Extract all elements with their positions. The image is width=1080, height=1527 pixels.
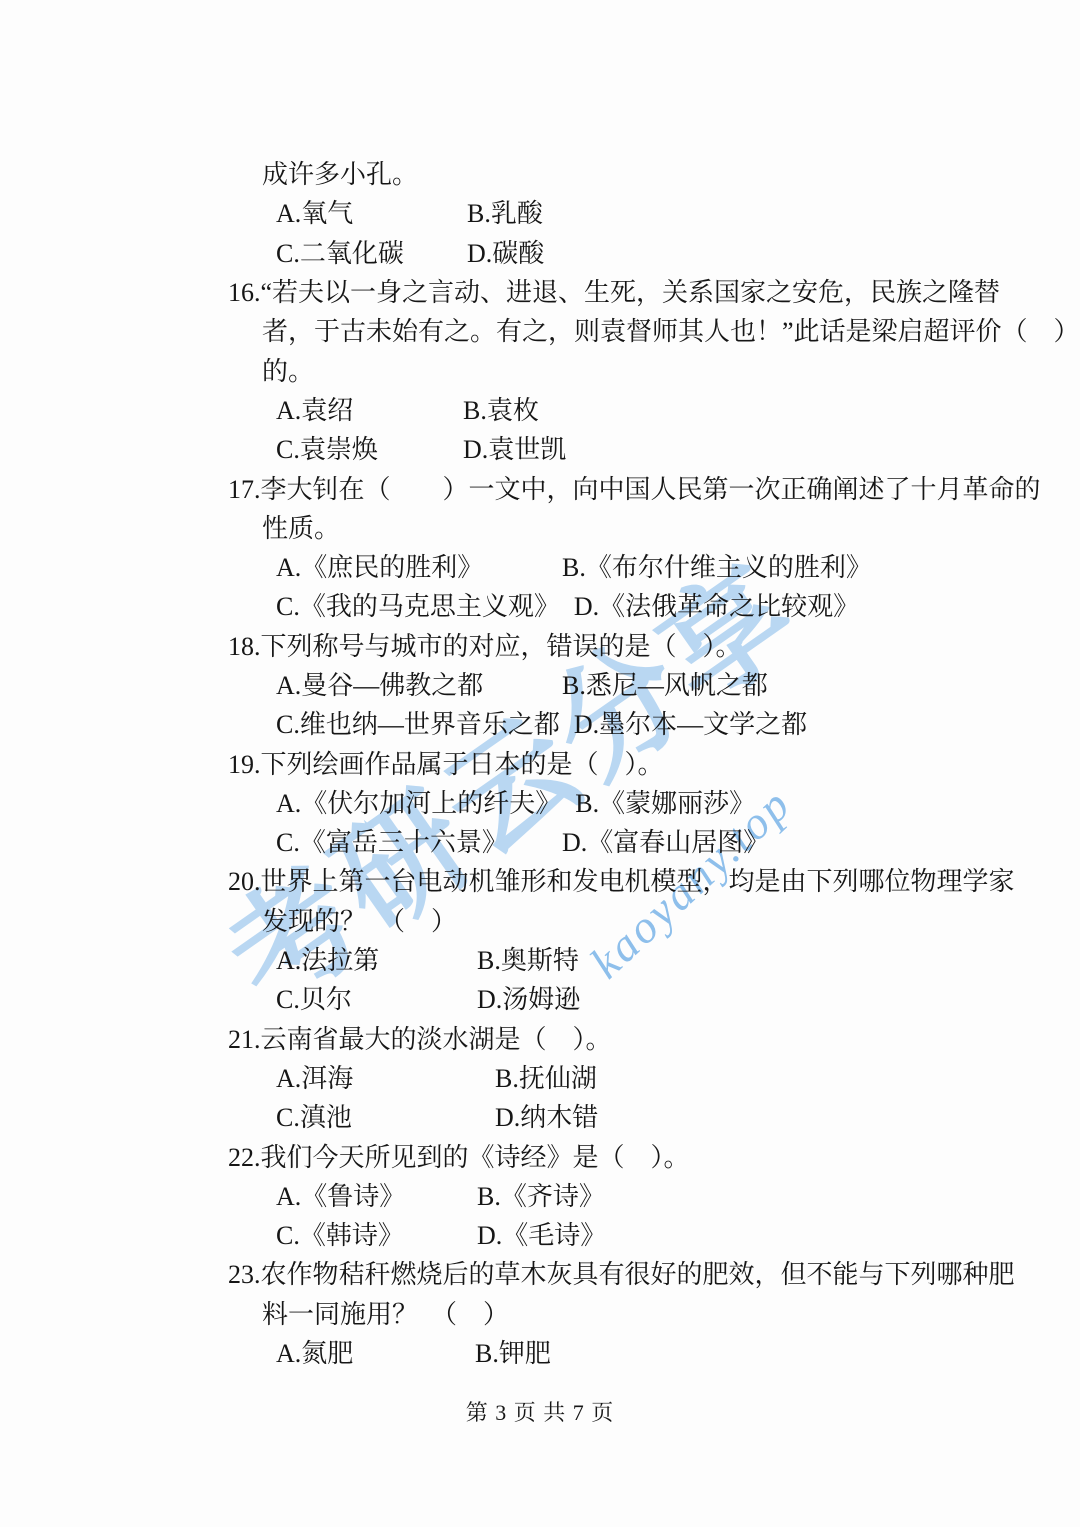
option-a: C.维也纳—世界音乐之都 [276, 704, 574, 741]
options-row: A.《鲁诗》B.《齐诗》 [0, 1175, 1080, 1214]
options-row: C.《富岳三十六景》D.《富春山居图》 [0, 821, 1080, 860]
option-b: D.《富春山居图》 [562, 822, 769, 859]
question-wrap-line: 的。 [0, 349, 1080, 388]
option-b: B.《布尔什维主义的胜利》 [562, 547, 872, 584]
question-stem-line: 20.世界上第一台电动机雏形和发电机模型，均是由下列哪位物理学家 [0, 860, 1080, 899]
option-a: A.袁绍 [276, 390, 463, 427]
options-row: A.曼谷—佛教之都B.悉尼—风帆之都 [0, 664, 1080, 703]
question-wrap-line: 性质。 [0, 507, 1080, 546]
option-a: C.《韩诗》 [276, 1215, 477, 1252]
options-row: C.二氧化碳D.碳酸 [0, 232, 1080, 271]
question-stem-line: 22.我们今天所见到的《诗经》是（ ）。 [0, 1135, 1080, 1174]
options-row: A.《伏尔加河上的纤夫》B.《蒙娜丽莎》 [0, 782, 1080, 821]
question-stem-line: 19.下列绘画作品属于日本的是（ ）。 [0, 742, 1080, 781]
option-a: A.法拉第 [276, 940, 477, 977]
page-footer: 第 3 页 共 7 页 [0, 1396, 1080, 1427]
question-wrap-line: 发现的？ （ ） [0, 900, 1080, 939]
option-b: D.汤姆逊 [477, 979, 580, 1016]
option-b: D.《法俄革命之比较观》 [574, 586, 859, 623]
option-b: D.袁世凯 [463, 429, 566, 466]
option-b: B.乳酸 [467, 193, 543, 230]
options-row: C.《我的马克思主义观》D.《法俄革命之比较观》 [0, 585, 1080, 624]
option-a: C.滇池 [276, 1097, 495, 1134]
option-a: C.袁崇焕 [276, 429, 463, 466]
options-row: A.《庶民的胜利》B.《布尔什维主义的胜利》 [0, 546, 1080, 585]
option-b: B.袁枚 [463, 390, 539, 427]
option-b: D.碳酸 [467, 233, 544, 270]
option-b: D.《毛诗》 [477, 1215, 606, 1252]
option-b: B.《齐诗》 [477, 1176, 605, 1213]
question-stem-line: 21.云南省最大的淡水湖是（ ）。 [0, 1018, 1080, 1057]
options-row: A.袁绍B.袁枚 [0, 389, 1080, 428]
option-b: B.奥斯特 [477, 940, 579, 977]
options-row: C.袁崇焕D.袁世凯 [0, 428, 1080, 467]
option-a: A.洱海 [276, 1058, 495, 1095]
options-row: C.《韩诗》D.《毛诗》 [0, 1214, 1080, 1253]
option-a: A.曼谷—佛教之都 [276, 665, 562, 702]
options-row: A.氧气B.乳酸 [0, 192, 1080, 231]
question-stem-line: 23.农作物秸秆燃烧后的草木灰具有很好的肥效，但不能与下列哪种肥 [0, 1253, 1080, 1292]
option-b: D.纳木错 [495, 1097, 598, 1134]
option-a: C.《我的马克思主义观》 [276, 586, 574, 623]
options-row: C.维也纳—世界音乐之都D.墨尔本—文学之都 [0, 703, 1080, 742]
option-b: B.《蒙娜丽莎》 [575, 783, 755, 820]
option-a: A.《鲁诗》 [276, 1176, 477, 1213]
options-row: A.法拉第B.奥斯特 [0, 939, 1080, 978]
question-list: 成许多小孔。A.氧气B.乳酸C.二氧化碳D.碳酸16.“若夫以一身之言动、进退、… [0, 153, 1080, 1371]
option-a: A.《伏尔加河上的纤夫》 [276, 783, 575, 820]
question-stem-line: 16.“若夫以一身之言动、进退、生死，关系国家之安危，民族之隆替 [0, 271, 1080, 310]
option-b: B.钾肥 [475, 1333, 551, 1370]
options-row: A.氮肥B.钾肥 [0, 1332, 1080, 1371]
question-wrap-line: 料一同施用？ （ ） [0, 1293, 1080, 1332]
question-wrap-line: 成许多小孔。 [0, 153, 1080, 192]
options-row: C.滇池D.纳木错 [0, 1096, 1080, 1135]
option-a: A.氧气 [276, 193, 467, 230]
option-a: A.氮肥 [276, 1333, 475, 1370]
option-a: C.《富岳三十六景》 [276, 822, 562, 859]
option-a: C.二氧化碳 [276, 233, 467, 270]
option-a: C.贝尔 [276, 979, 477, 1016]
option-a: A.《庶民的胜利》 [276, 547, 562, 584]
question-stem-line: 17.李大钊在（ ）一文中，向中国人民第一次正确阐述了十月革命的 [0, 467, 1080, 506]
option-b: B.抚仙湖 [495, 1058, 597, 1095]
question-wrap-line: 者，于古未始有之。有之，则袁督师其人也！”此话是梁启超评价（ ） [0, 310, 1080, 349]
option-b: B.悉尼—风帆之都 [562, 665, 768, 702]
options-row: A.洱海B.抚仙湖 [0, 1057, 1080, 1096]
options-row: C.贝尔D.汤姆逊 [0, 978, 1080, 1017]
option-b: D.墨尔本—文学之都 [574, 704, 807, 741]
exam-page: 考研云分享 kaoyany.top 成许多小孔。A.氧气B.乳酸C.二氧化碳D.… [0, 0, 1080, 1527]
question-stem-line: 18.下列称号与城市的对应，错误的是（ ）。 [0, 625, 1080, 664]
